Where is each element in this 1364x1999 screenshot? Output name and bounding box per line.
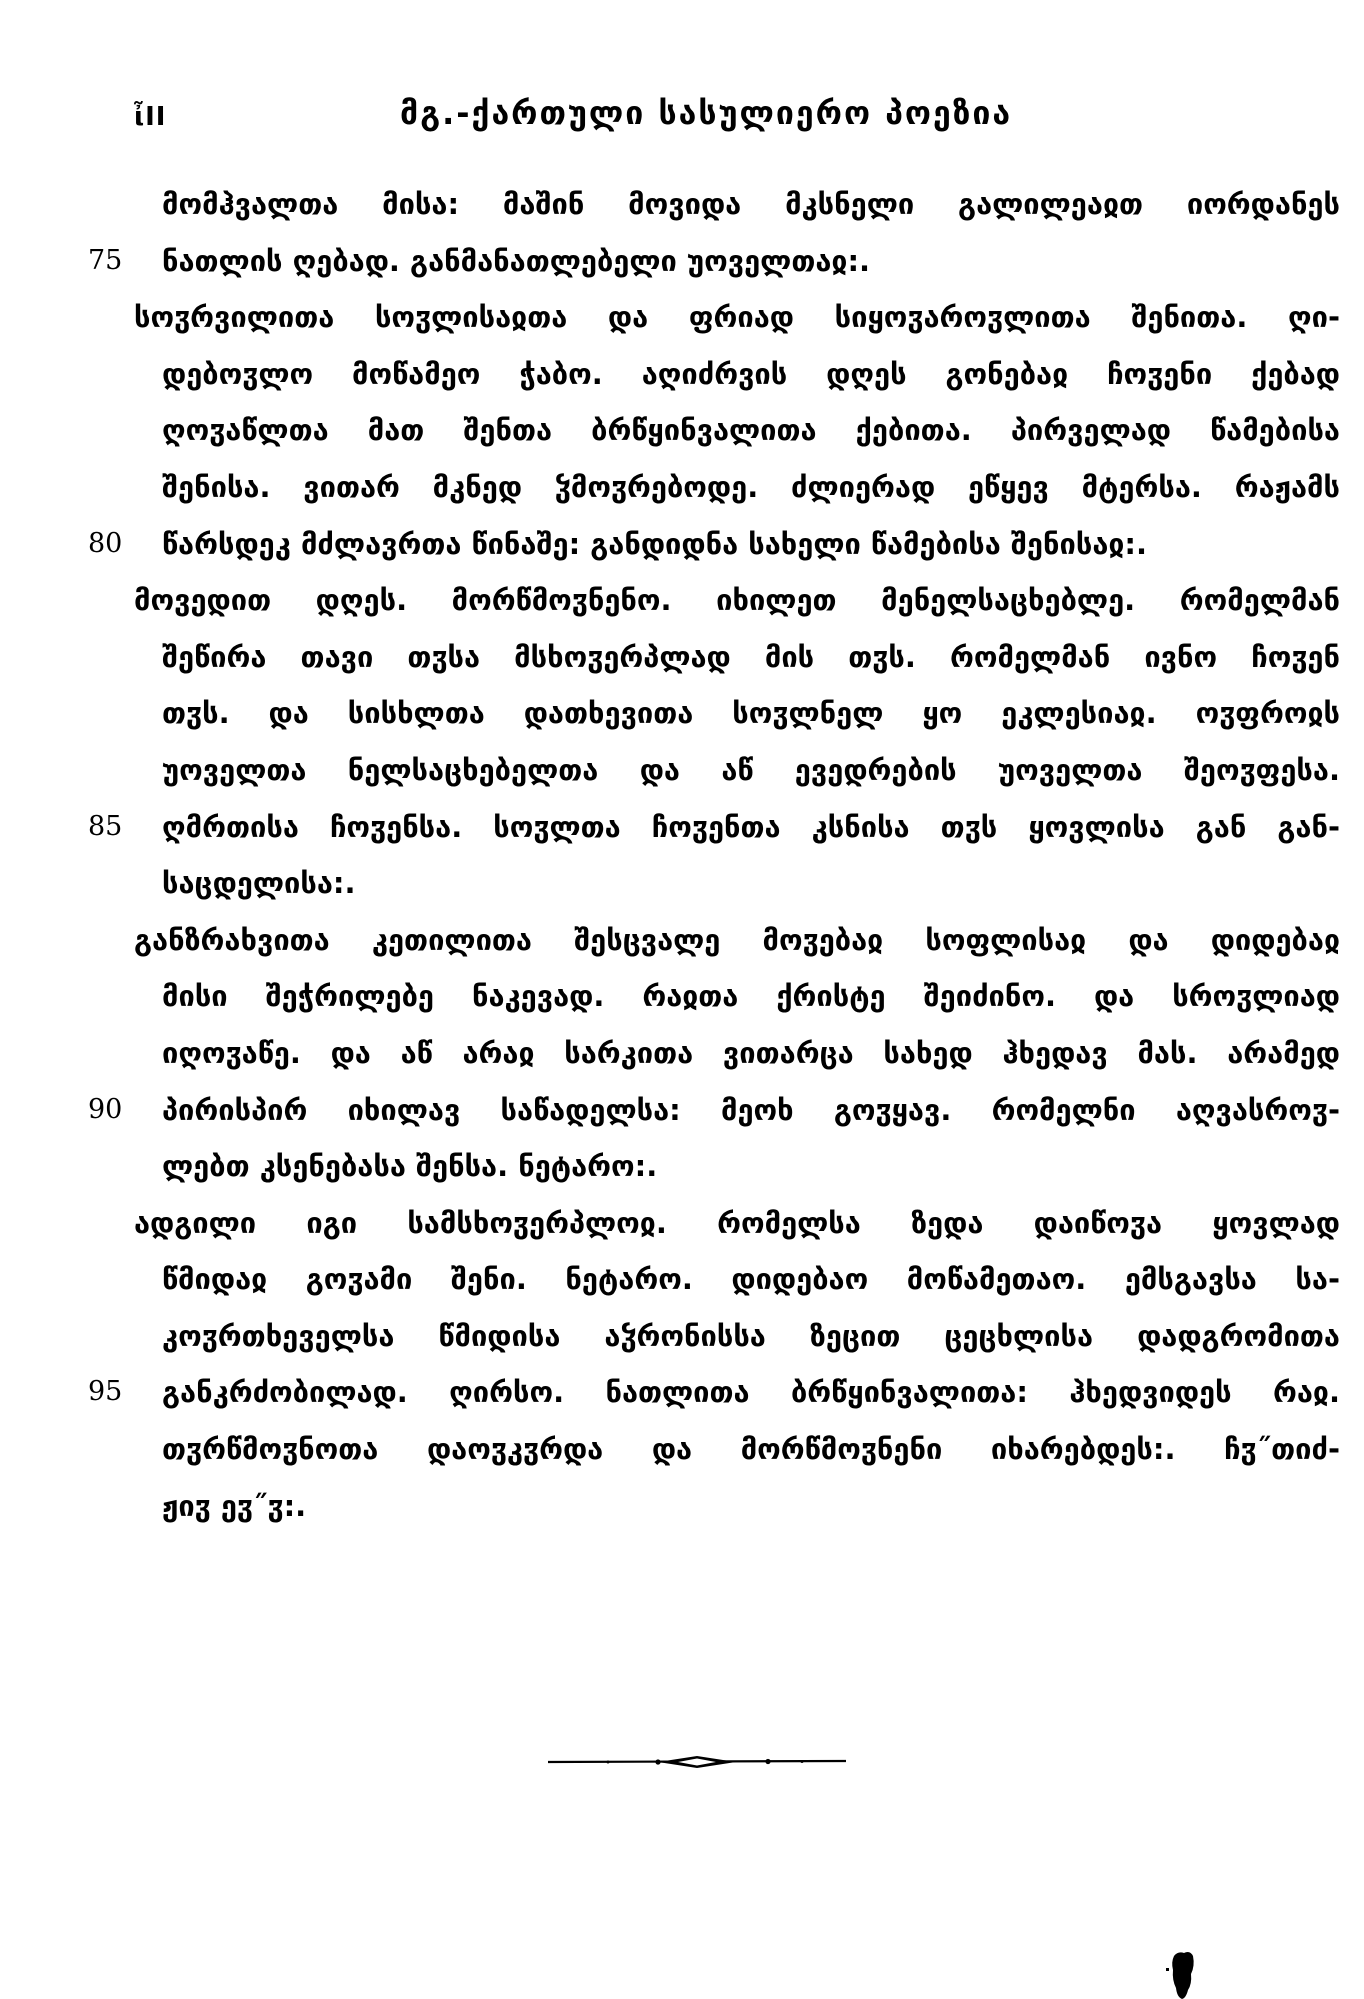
- text-line: ადგილი იგი სამსხოჳერპლოჲ. რომელსა ზედა დ…: [0, 1195, 1364, 1252]
- line-text: მომჰვალთა მისა: მაშინ მოვიდა მკსნელი გალ…: [162, 176, 1340, 233]
- text-line: ჟიჳ ეჳ˝ჳ:.: [0, 1478, 1364, 1535]
- line-number: 95: [88, 1364, 122, 1421]
- line-text: მისი შეჭრილებე ნაკევად. რაჲთა ქრისტე შეი…: [162, 968, 1340, 1025]
- line-text: კოჳრთხეველსა წმიდისა აჴრონისსა ზეცით ცეც…: [162, 1308, 1340, 1365]
- text-line: მისი შეჭრილებე ნაკევად. რაჲთა ქრისტე შეი…: [0, 968, 1364, 1025]
- line-text: იღოჳაწე. და აწ არაჲ სარკითა ვითარცა სახე…: [162, 1025, 1340, 1082]
- text-line: ღოჳაწლთა მათ შენთა ბრწყინვალითა ქებითა. …: [0, 402, 1364, 459]
- line-text: ნათლის ღებად. განმანათლებელი უოველთაჲ:.: [162, 233, 1340, 290]
- tailpiece-separator-icon: [548, 1752, 846, 1772]
- body-text: მომჰვალთა მისა: მაშინ მოვიდა მკსნელი გალ…: [0, 176, 1364, 1534]
- line-text: შენისა. ვითარ მკნედ ჴმოჳრებოდე. ძლიერად …: [162, 459, 1340, 516]
- text-line: 95განკრძობილად. ღირსო. ნათლითა ბრწყინვალ…: [0, 1364, 1364, 1421]
- text-line: საცდელისა:.: [0, 855, 1364, 912]
- line-text: ლებთ კსენებასა შენსა. ნეტარო:.: [162, 1138, 1340, 1195]
- running-title: მგ.-ქართული სასულიერო პოეზია: [400, 94, 1040, 132]
- text-line: განზრახვითა კეთილითა შესცვალე მოჳებაჲ სო…: [0, 912, 1364, 969]
- line-text: შეწირა თავი თჳსა მსხოჳერპლად მის თჳს. რო…: [162, 629, 1340, 686]
- text-line: უოველთა ნელსაცხებელთა და აწ ევედრების უო…: [0, 742, 1364, 799]
- text-line: ლებთ კსენებასა შენსა. ნეტარო:.: [0, 1138, 1364, 1195]
- line-text: თჳს. და სისხლთა დათხევითა სოჳლნელ ყო ეკლ…: [162, 685, 1340, 742]
- line-text: განკრძობილად. ღირსო. ნათლითა ბრწყინვალით…: [162, 1364, 1340, 1421]
- text-line: სოჳრვილითა სოჳლისაჲთა და ფრიად სიყოჳაროჳ…: [0, 289, 1364, 346]
- text-line: 90პირისპირ იხილავ საწადელსა: მეოხ გოჳყავ…: [0, 1082, 1364, 1139]
- text-line: 80წარსდეკ მძლავრთა წინაშე: განდიდნა სახე…: [0, 516, 1364, 573]
- text-line: 85ღმრთისა ჩოჳენსა. სოჳლთა ჩოჳენთა კსნისა…: [0, 799, 1364, 856]
- line-number: 85: [88, 799, 122, 856]
- line-text: განზრახვითა კეთილითა შესცვალე მოჳებაჲ სო…: [134, 912, 1340, 969]
- text-line: თჳს. და სისხლთა დათხევითა სოჳლნელ ყო ეკლ…: [0, 685, 1364, 742]
- text-line: დებოჳლო მოწამეო ჭაბო. აღიძრვის დღეს გონე…: [0, 346, 1364, 403]
- text-line: 75ნათლის ღებად. განმანათლებელი უოველთაჲ:…: [0, 233, 1364, 290]
- line-number: 75: [88, 233, 122, 290]
- text-line: მოვედით დღეს. მორწმოჳნენო. იხილეთ მენელს…: [0, 572, 1364, 629]
- line-text: ადგილი იგი სამსხოჳერპლოჲ. რომელსა ზედა დ…: [134, 1195, 1340, 1252]
- text-line: იღოჳაწე. და აწ არაჲ სარკითა ვითარცა სახე…: [0, 1025, 1364, 1082]
- line-text: თჳრწმოჳნოთა დაოჳკჳრდა და მორწმოჳნენი იხა…: [162, 1421, 1340, 1478]
- line-text: უოველთა ნელსაცხებელთა და აწ ევედრების უო…: [162, 742, 1340, 799]
- line-text: ღმრთისა ჩოჳენსა. სოჳლთა ჩოჳენთა კსნისა თ…: [162, 799, 1340, 856]
- text-line: თჳრწმოჳნოთა დაოჳკჳრდა და მორწმოჳნენი იხა…: [0, 1421, 1364, 1478]
- line-text: დებოჳლო მოწამეო ჭაბო. აღიძრვის დღეს გონე…: [162, 346, 1340, 403]
- line-text: ღოჳაწლთა მათ შენთა ბრწყინვალითა ქებითა. …: [162, 402, 1340, 459]
- text-line: შეწირა თავი თჳსა მსხოჳერპლად მის თჳს. რო…: [0, 629, 1364, 686]
- line-text: ჟიჳ ეჳ˝ჳ:.: [162, 1478, 1340, 1535]
- line-text: სოჳრვილითა სოჳლისაჲთა და ფრიად სიყოჳაროჳ…: [134, 289, 1340, 346]
- ink-blot-icon: [1166, 1950, 1200, 1999]
- line-text: მოვედით დღეს. მორწმოჳნენო. იხილეთ მენელს…: [134, 572, 1340, 629]
- text-line: წმიდაჲ გოჳამი შენი. ნეტარო. დიდებაო მოწა…: [0, 1251, 1364, 1308]
- text-line: კოჳრთხეველსა წმიდისა აჴრონისსა ზეცით ცეც…: [0, 1308, 1364, 1365]
- line-text: პირისპირ იხილავ საწადელსა: მეოხ გოჳყავ. …: [162, 1082, 1340, 1139]
- line-number: 80: [88, 516, 122, 573]
- line-text: წმიდაჲ გოჳამი შენი. ნეტარო. დიდებაო მოწა…: [162, 1251, 1340, 1308]
- text-line: შენისა. ვითარ მკნედ ჴმოჳრებოდე. ძლიერად …: [0, 459, 1364, 516]
- line-text: წარსდეკ მძლავრთა წინაშე: განდიდნა სახელი…: [162, 516, 1340, 573]
- text-line: მომჰვალთა მისა: მაშინ მოვიდა მკსნელი გალ…: [0, 176, 1364, 233]
- page-header: ἶӀӀ მგ.-ქართული სასულიერო პოეზია: [0, 92, 1364, 140]
- line-text: საცდელისა:.: [162, 855, 1340, 912]
- line-number: 90: [88, 1082, 122, 1139]
- page-number: ἶӀӀ: [134, 102, 166, 132]
